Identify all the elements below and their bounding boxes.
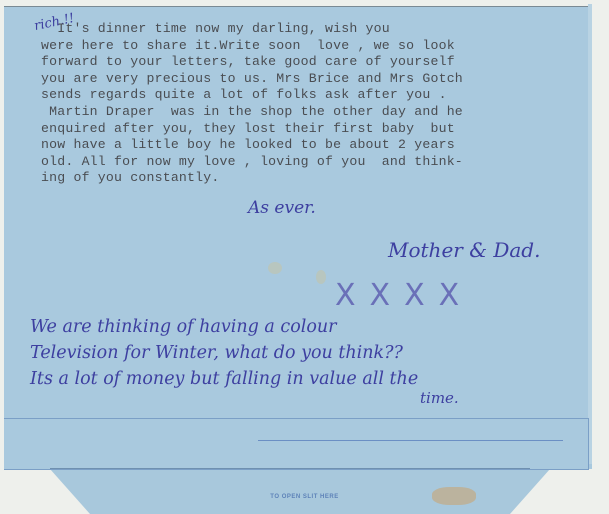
typed-line: were here to share it.Write soon love , … — [41, 38, 455, 53]
typed-line: forward to your letters, take good care … — [41, 54, 455, 69]
typed-line: you are very precious to us. Mrs Brice a… — [41, 71, 463, 86]
paper-stain — [316, 270, 326, 284]
typed-body: It's dinner time now my darling, wish yo… — [41, 21, 571, 187]
typed-line: It's dinner time now my darling, wish yo… — [41, 21, 390, 36]
paper-stain — [268, 262, 282, 274]
closing: As ever. — [248, 198, 316, 218]
postscript-line: We are thinking of having a colour — [30, 314, 600, 340]
postscript-line: Television for Winter, what do you think… — [30, 340, 600, 366]
typed-line: sends regards quite a lot of folks ask a… — [41, 87, 447, 102]
postscript: We are thinking of having a colour Telev… — [30, 314, 600, 404]
typed-line: ing of you constantly. — [41, 170, 220, 185]
typed-line: now have a little boy he looked to be ab… — [41, 137, 455, 152]
typed-line: old. All for now my love , loving of you… — [41, 154, 463, 169]
signature: Mother & Dad. — [388, 238, 540, 262]
slit-instruction[interactable]: TO OPEN SLIT HERE — [0, 494, 609, 500]
address-line — [258, 440, 563, 441]
kisses: XXXX — [335, 278, 473, 313]
postscript-line: time. — [30, 392, 600, 404]
typed-line: enquired after you, they lost their firs… — [41, 121, 455, 136]
address-panel — [4, 418, 589, 470]
postscript-line: Its a lot of money but falling in value … — [30, 366, 600, 392]
typed-line: Martin Draper was in the shop the other … — [41, 104, 463, 119]
